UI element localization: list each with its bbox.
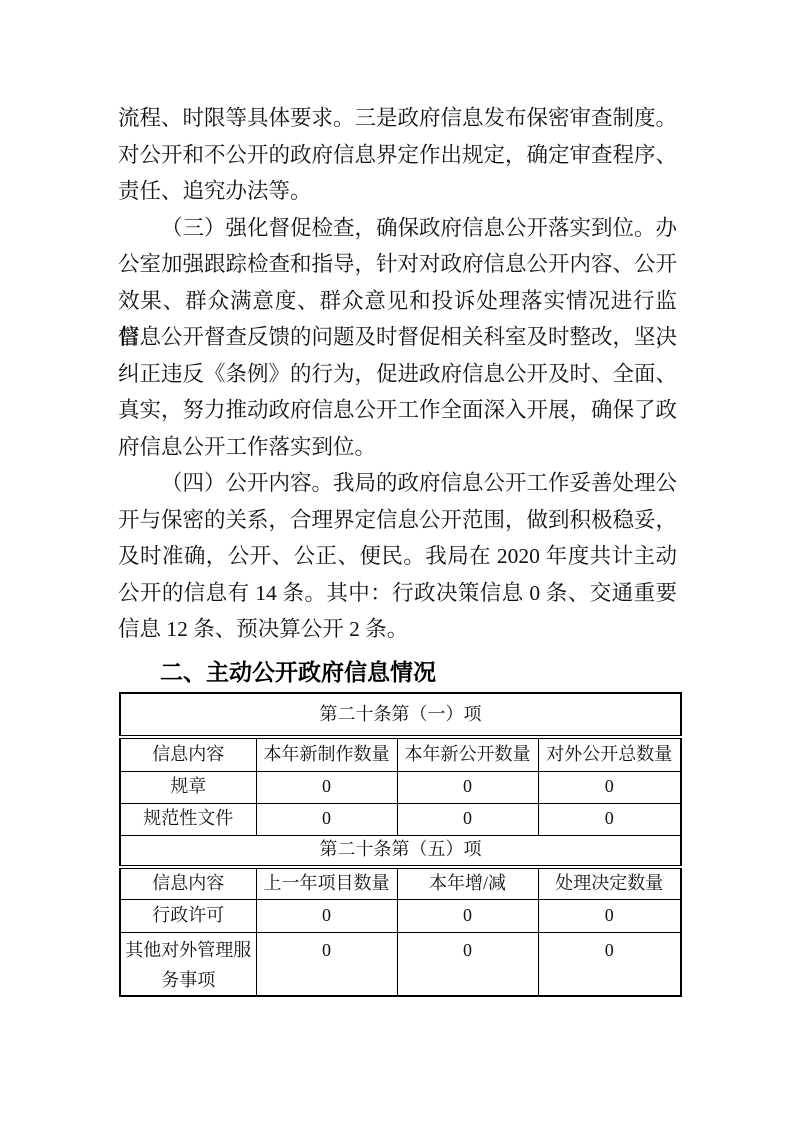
column-header-cell: 上一年项目数量 bbox=[256, 867, 397, 899]
body-line: 信息 12 条、预决算公开 2 条。 bbox=[118, 611, 677, 648]
body-line: 公开的信息有 14 条。其中：行政决策信息 0 条、交通重要 bbox=[118, 575, 677, 612]
value-cell: 0 bbox=[397, 932, 538, 996]
paragraph: （三）强化督促检查，确保政府信息公开落实到位。办公室加强跟踪检查和指导，针对对政… bbox=[118, 210, 677, 466]
body-line: （四）公开内容。我局的政府信息公开工作妥善处理公 bbox=[118, 465, 677, 502]
value-cell: 0 bbox=[397, 803, 538, 835]
row-label-cell: 规章 bbox=[120, 771, 256, 803]
table-column-header-row: 信息内容上一年项目数量本年增/减处理决定数量 bbox=[120, 867, 681, 899]
paragraphs-container: 流程、时限等具体要求。三是政府信息发布保密审查制度。对公开和不公开的政府信息界定… bbox=[118, 100, 677, 648]
table-row: 其他对外管理服务事项000 bbox=[120, 932, 681, 996]
body-line: 公室加强跟踪检查和指导，针对对政府信息公开内容、公开 bbox=[118, 246, 677, 283]
table-section-header-row: 第二十条第（一）项 bbox=[120, 693, 681, 737]
value-cell: 0 bbox=[538, 899, 681, 932]
value-cell: 0 bbox=[397, 899, 538, 932]
document-page: 流程、时限等具体要求。三是政府信息发布保密审查制度。对公开和不公开的政府信息界定… bbox=[0, 0, 793, 1122]
column-header-cell: 本年新公开数量 bbox=[397, 737, 538, 771]
body-line: 效果、群众满意度、群众意见和投诉处理落实情况进行监督， bbox=[118, 283, 677, 320]
value-cell: 0 bbox=[256, 803, 397, 835]
table-section-header: 第二十条第（五）项 bbox=[120, 835, 681, 867]
value-cell: 0 bbox=[256, 771, 397, 803]
column-header-cell: 本年增/减 bbox=[397, 867, 538, 899]
row-label-cell: 行政许可 bbox=[120, 899, 256, 932]
row-label-cell: 规范性文件 bbox=[120, 803, 256, 835]
table-section-header-row: 第二十条第（五）项 bbox=[120, 835, 681, 867]
row-label-cell: 其他对外管理服务事项 bbox=[120, 932, 256, 996]
section-heading: 二、主动公开政府信息情况 bbox=[118, 654, 677, 690]
body-line: 流程、时限等具体要求。三是政府信息发布保密审查制度。 bbox=[118, 100, 677, 137]
table-section-header: 第二十条第（一）项 bbox=[120, 693, 681, 737]
value-cell: 0 bbox=[538, 932, 681, 996]
value-cell: 0 bbox=[397, 771, 538, 803]
body-text: 流程、时限等具体要求。三是政府信息发布保密审查制度。对公开和不公开的政府信息界定… bbox=[118, 100, 677, 690]
paragraph: 流程、时限等具体要求。三是政府信息发布保密审查制度。对公开和不公开的政府信息界定… bbox=[118, 100, 677, 210]
value-cell: 0 bbox=[256, 899, 397, 932]
table-row: 行政许可000 bbox=[120, 899, 681, 932]
table-row: 规范性文件000 bbox=[120, 803, 681, 835]
body-line: 府信息公开工作落实到位。 bbox=[118, 429, 677, 466]
value-cell: 0 bbox=[538, 803, 681, 835]
column-header-cell: 信息内容 bbox=[120, 737, 256, 771]
value-cell: 0 bbox=[538, 771, 681, 803]
body-line: （三）强化督促检查，确保政府信息公开落实到位。办 bbox=[118, 210, 677, 247]
paragraph: （四）公开内容。我局的政府信息公开工作妥善处理公开与保密的关系，合理界定信息公开… bbox=[118, 465, 677, 648]
body-line: 责任、追究办法等。 bbox=[118, 173, 677, 210]
body-line: 纠正违反《条例》的行为，促进政府信息公开及时、全面、 bbox=[118, 356, 677, 393]
column-header-cell: 本年新制作数量 bbox=[256, 737, 397, 771]
body-line: 对公开和不公开的政府信息界定作出规定，确定审查程序、 bbox=[118, 137, 677, 174]
column-header-cell: 处理决定数量 bbox=[538, 867, 681, 899]
table-row: 规章000 bbox=[120, 771, 681, 803]
value-cell: 0 bbox=[256, 932, 397, 996]
body-line: 及时准确，公开、公正、便民。我局在 2020 年度共计主动 bbox=[118, 538, 677, 575]
column-header-cell: 信息内容 bbox=[120, 867, 256, 899]
body-line: 信息公开督查反馈的问题及时督促相关科室及时整改，坚决 bbox=[118, 319, 677, 356]
body-line: 开与保密的关系，合理界定信息公开范围，做到积极稳妥， bbox=[118, 502, 677, 539]
column-header-cell: 对外公开总数量 bbox=[538, 737, 681, 771]
body-line: 真实，努力推动政府信息公开工作全面深入开展，确保了政 bbox=[118, 392, 677, 429]
table-column-header-row: 信息内容本年新制作数量本年新公开数量对外公开总数量 bbox=[120, 737, 681, 771]
disclosure-table: 第二十条第（一）项信息内容本年新制作数量本年新公开数量对外公开总数量规章000规… bbox=[119, 692, 682, 997]
